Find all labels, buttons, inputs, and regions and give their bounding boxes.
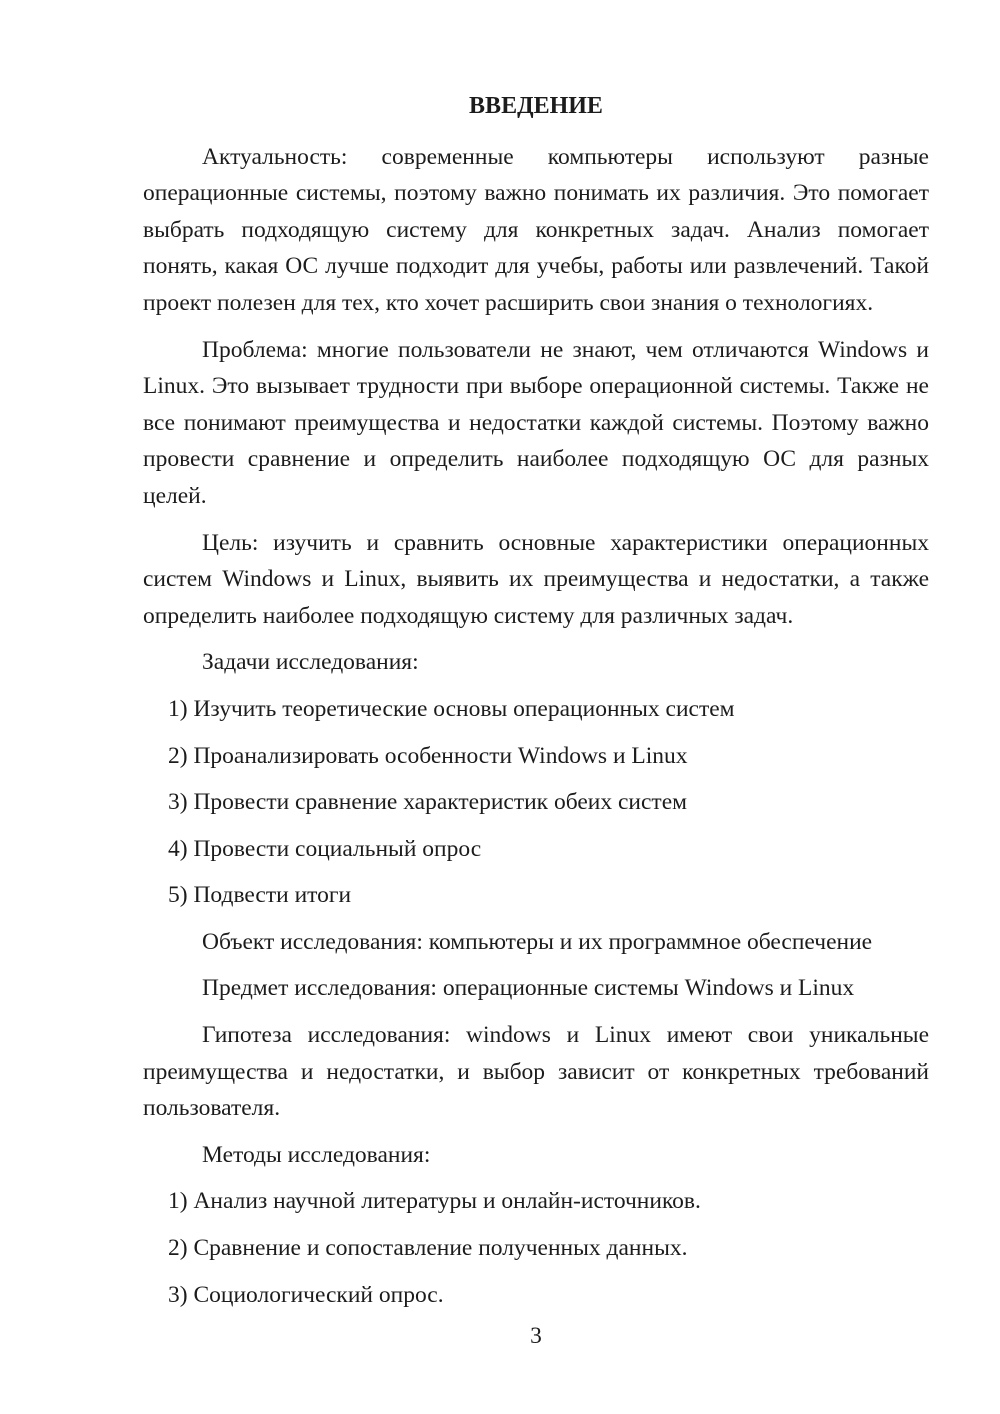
page-number: 3 xyxy=(143,1318,929,1355)
list-item: 3) Социологический опрос. xyxy=(143,1277,929,1314)
document-body: ВВЕДЕНИЕ Актуальность: современные компь… xyxy=(143,88,929,1323)
list-item: 2) Проанализировать особенности Windows … xyxy=(143,738,929,775)
page-title: ВВЕДЕНИЕ xyxy=(143,88,929,125)
document-page: ВВЕДЕНИЕ Актуальность: современные компь… xyxy=(0,0,1000,1414)
paragraph-problem: Проблема: многие пользователи не знают, … xyxy=(143,332,929,515)
list-item: 5) Подвести итоги xyxy=(143,877,929,914)
tasks-list: 1) Изучить теоретические основы операцио… xyxy=(143,691,929,914)
list-item: 3) Провести сравнение характеристик обеи… xyxy=(143,784,929,821)
paragraph-subject: Предмет исследования: операционные систе… xyxy=(143,970,929,1007)
methods-heading: Методы исследования: xyxy=(143,1137,929,1174)
list-item: 1) Изучить теоретические основы операцио… xyxy=(143,691,929,728)
paragraph-goal: Цель: изучить и сравнить основные характ… xyxy=(143,525,929,635)
list-item: 4) Провести социальный опрос xyxy=(143,831,929,868)
tasks-heading: Задачи исследования: xyxy=(143,644,929,681)
list-item: 1) Анализ научной литературы и онлайн-ис… xyxy=(143,1183,929,1220)
list-item: 2) Сравнение и сопоставление полученных … xyxy=(143,1230,929,1267)
paragraph-relevance: Актуальность: современные компьютеры исп… xyxy=(143,139,929,322)
paragraph-object: Объект исследования: компьютеры и их про… xyxy=(143,924,929,961)
paragraph-hypothesis: Гипотеза исследования: windows и Linux и… xyxy=(143,1017,929,1127)
methods-list: 1) Анализ научной литературы и онлайн-ис… xyxy=(143,1183,929,1313)
